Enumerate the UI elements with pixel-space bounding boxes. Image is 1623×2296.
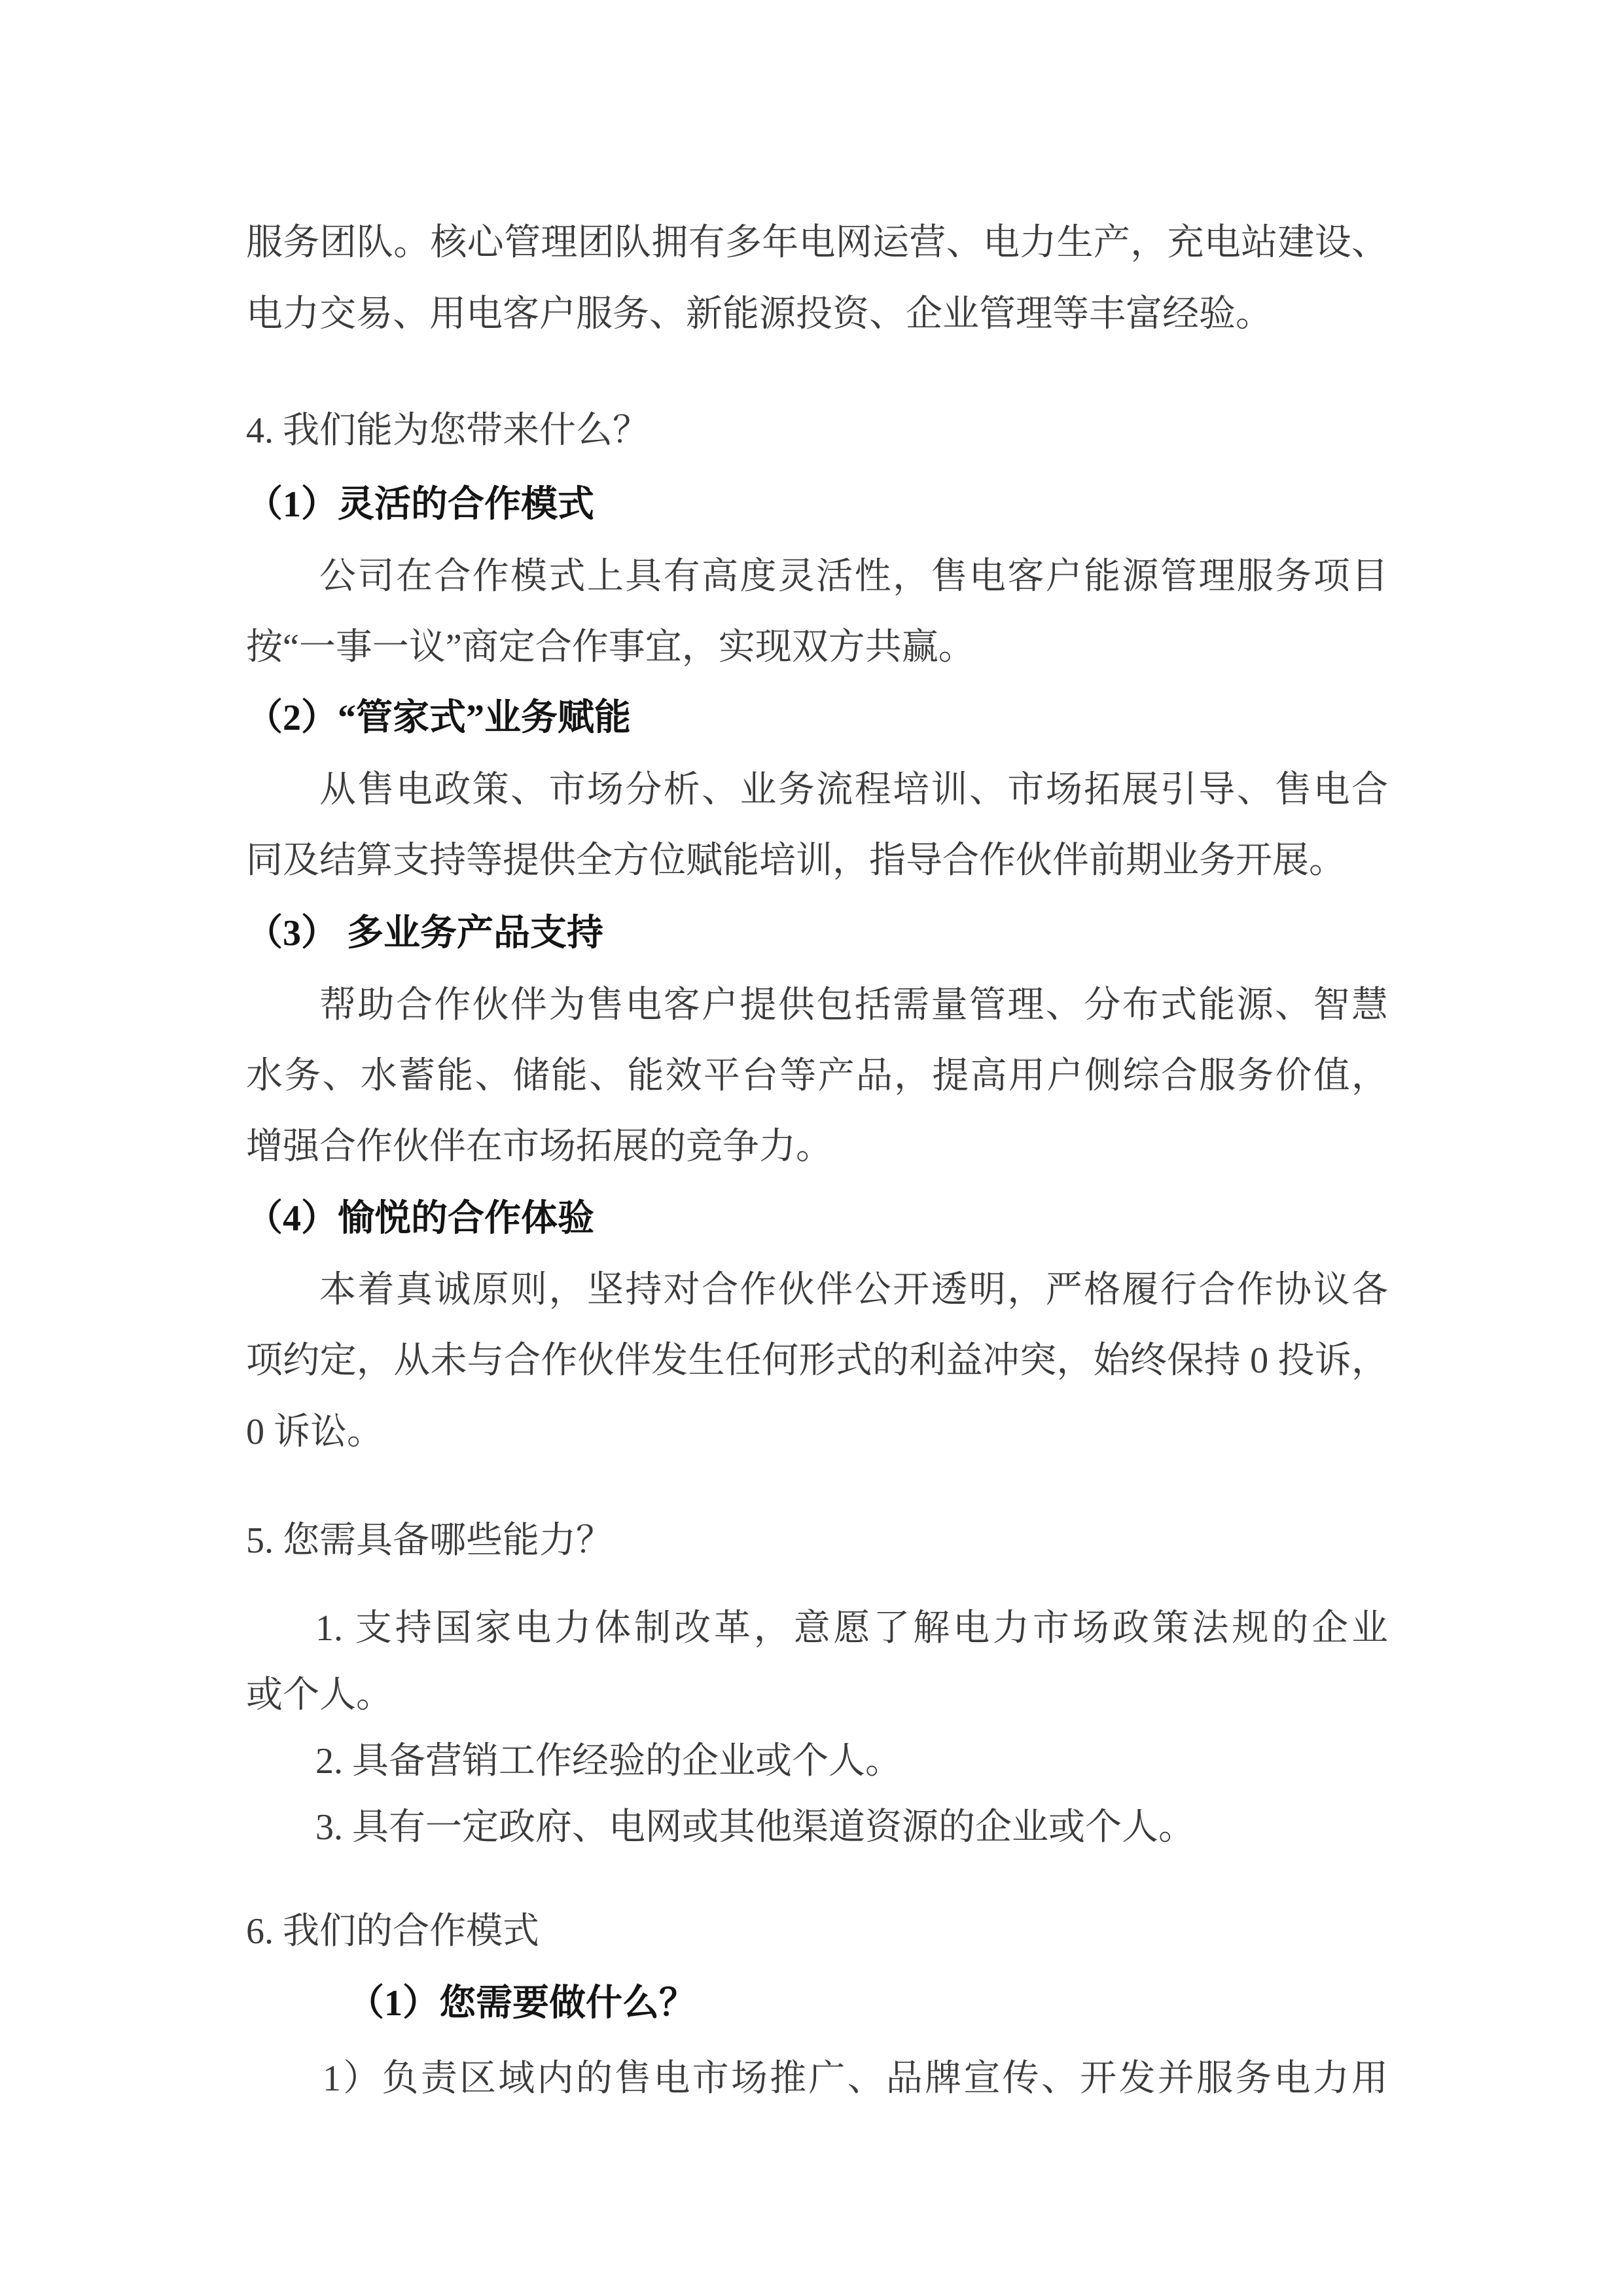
list-item: 3. 具有一定政府、电网或其他渠道资源的企业或个人。 bbox=[246, 1803, 1388, 1852]
list-item: 1. 支持国家电力体制改革，意愿了解电力市场政策法规的企业 bbox=[246, 1604, 1388, 1653]
body-line: 按“一事一议”商定合作事宜，实现双方共赢。 bbox=[246, 622, 1388, 672]
section-heading-5: 5. 您需具备哪些能力？ bbox=[246, 1516, 1388, 1566]
body-line: 增强合作伙伴在市场拓展的竞争力。 bbox=[246, 1122, 1388, 1172]
body-line: 同及结算支持等提供全方位赋能培训，指导合作伙伴前期业务开展。 bbox=[246, 836, 1388, 886]
body-line: 水务、水蓄能、储能、能效平台等产品，提高用户侧综合服务价值， bbox=[246, 1051, 1388, 1101]
body-line: 0 诉讼。 bbox=[246, 1407, 1388, 1457]
sub-heading-what-you-do: （1）您需要做什么？ bbox=[246, 1979, 1388, 2028]
body-line: 服务团队。核心管理团队拥有多年电网运营、电力生产，充电站建设、 bbox=[246, 218, 1388, 268]
body-line: 或个人。 bbox=[246, 1670, 1388, 1720]
list-item: 2. 具备营销工作经验的企业或个人。 bbox=[246, 1736, 1388, 1786]
sub-heading-multi-product: （3） 多业务产品支持 bbox=[246, 908, 1388, 958]
sub-heading-pleasant-experience: （4）愉悦的合作体验 bbox=[246, 1194, 1388, 1244]
body-line: 从售电政策、市场分析、业务流程培训、市场拓展引导、售电合 bbox=[246, 765, 1388, 815]
sub-heading-butler-enablement: （2）“管家式”业务赋能 bbox=[246, 693, 1388, 743]
page: 服务团队。核心管理团队拥有多年电网运营、电力生产，充电站建设、 电力交易、用电客… bbox=[0, 0, 1623, 2296]
body-line: 电力交易、用电客户服务、新能源投资、企业管理等丰富经验。 bbox=[246, 289, 1388, 339]
body-line: 公司在合作模式上具有高度灵活性，售电客户能源管理服务项目 bbox=[246, 552, 1388, 601]
body-line: 本着真诚原则，坚持对合作伙伴公开透明，严格履行合作协议各 bbox=[246, 1265, 1388, 1315]
body-line: 项约定，从未与合作伙伴发生任何形式的利益冲突，始终保持 0 投诉， bbox=[246, 1336, 1388, 1386]
list-item: 1）负责区域内的售电市场推广、品牌宣传、开发并服务电力用 bbox=[246, 2054, 1388, 2104]
section-heading-4: 4. 我们能为您带来什么？ bbox=[246, 406, 1388, 456]
sub-heading-flexible-cooperation: （1）灵活的合作模式 bbox=[246, 480, 1388, 529]
section-heading-6: 6. 我们的合作模式 bbox=[246, 1907, 1388, 1956]
body-line: 帮助合作伙伴为售电客户提供包括需量管理、分布式能源、智慧 bbox=[246, 980, 1388, 1030]
